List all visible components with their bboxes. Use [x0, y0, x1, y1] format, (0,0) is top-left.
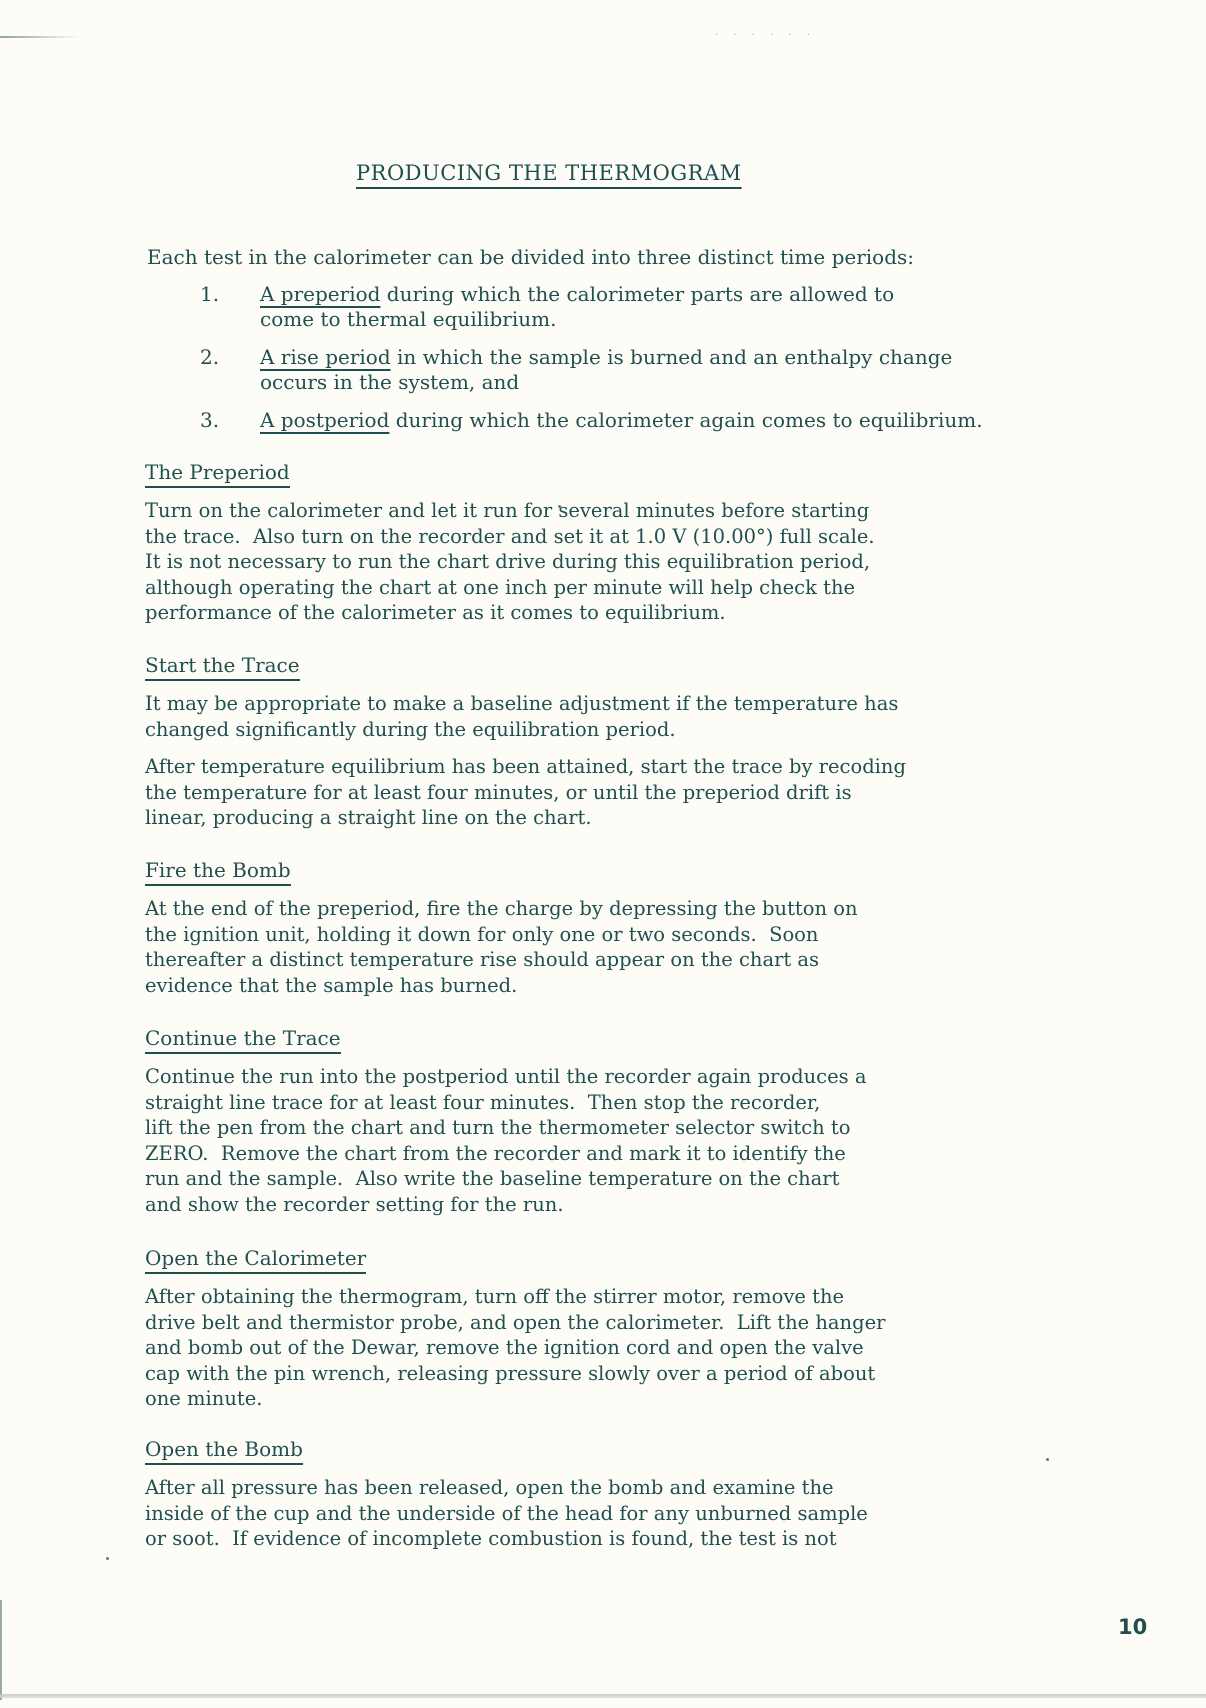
page-title: PRODUCING THE THERMOGRAM	[356, 161, 742, 185]
scan-artifact-dot	[106, 1557, 109, 1560]
scan-artifact-dot	[1046, 1458, 1049, 1461]
scan-artifact-edge	[0, 1600, 2, 1700]
list-number: 1.	[200, 282, 219, 307]
list-number: 3.	[200, 408, 219, 433]
paragraph: It may be appropriate to make a baseline…	[145, 691, 906, 742]
time-periods-list: 1. A preperiod during which the calorime…	[200, 282, 983, 446]
intro-text: Each test in the calorimeter can be divi…	[147, 245, 914, 269]
term-preperiod: A preperiod	[260, 282, 380, 306]
term-rise-period: A rise period	[260, 345, 391, 369]
list-item-preperiod: 1. A preperiod during which the calorime…	[200, 282, 983, 332]
list-text: in which the sample is burned and an ent…	[391, 345, 953, 369]
list-text: during which the calorimeter parts are a…	[380, 282, 894, 306]
term-postperiod: A postperiod	[260, 408, 389, 432]
list-item-postperiod: 3. A postperiod during which the calorim…	[200, 408, 983, 433]
paragraph: Turn on the calorimeter and let it run f…	[145, 498, 875, 626]
paragraph: At the end of the preperiod, fire the ch…	[145, 896, 858, 998]
scan-artifact-edge	[0, 1694, 1206, 1698]
list-text-continued: come to thermal equilibrium.	[260, 307, 556, 331]
section-open-bomb: Open the Bomb After all pressure has bee…	[145, 1437, 868, 1564]
list-item-rise-period: 2. A rise period in which the sample is …	[200, 345, 983, 395]
paragraph: After temperature equilibrium has been a…	[145, 754, 906, 831]
section-preperiod: The Preperiod Turn on the calorimeter an…	[145, 460, 875, 638]
document-page: · · · · · · PRODUCING THE THERMOGRAM Eac…	[0, 0, 1206, 1708]
section-continue-trace: Continue the Trace Continue the run into…	[145, 1026, 866, 1229]
section-heading: Open the Calorimeter	[145, 1246, 366, 1274]
list-text: during which the calorimeter again comes…	[389, 408, 982, 432]
scan-artifact-dots: · · · · · ·	[715, 30, 816, 41]
scan-artifact-dot	[558, 505, 561, 508]
page-number: 10	[1118, 1615, 1147, 1639]
section-open-calorimeter: Open the Calorimeter After obtaining the…	[145, 1246, 885, 1424]
scan-artifact-line	[0, 36, 80, 38]
section-heading: Open the Bomb	[145, 1437, 303, 1465]
paragraph: After obtaining the thermogram, turn off…	[145, 1284, 885, 1412]
section-heading: Continue the Trace	[145, 1026, 341, 1054]
section-heading: Start the Trace	[145, 653, 300, 681]
paragraph: Continue the run into the postperiod unt…	[145, 1064, 866, 1217]
section-heading: The Preperiod	[145, 460, 290, 488]
list-text-continued: occurs in the system, and	[260, 370, 519, 394]
paragraph: After all pressure has been released, op…	[145, 1475, 868, 1552]
list-number: 2.	[200, 345, 219, 370]
section-start-trace: Start the Trace It may be appropriate to…	[145, 653, 906, 843]
section-heading: Fire the Bomb	[145, 858, 291, 886]
section-fire-bomb: Fire the Bomb At the end of the preperio…	[145, 858, 858, 1010]
